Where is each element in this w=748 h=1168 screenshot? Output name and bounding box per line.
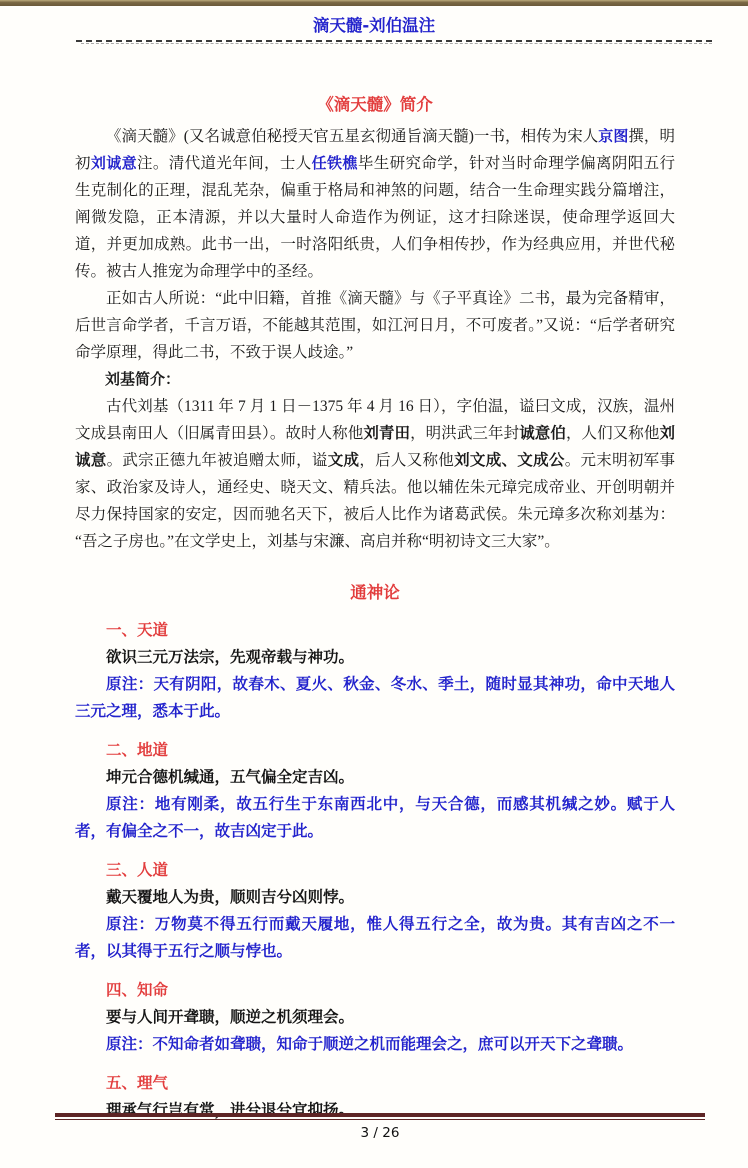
text-segment: 任铁樵 [312,154,358,172]
section-block-tiandao: 一、天道 欲识三元万法宗，先观帝载与神功。 原注：天有阴阳，故春木、夏火、秋金、… [75,617,675,725]
page-top-border [0,0,748,6]
text-segment: 刘青田 [363,425,410,442]
tongshenlun-heading: 通神论 [75,581,675,605]
section-note: 原注：万物莫不得五行而戴天履地，惟人得五行之全，故为贵。其有吉凶之不一者，以其得… [75,911,675,965]
section-block-zhiming: 四、知命 要与人间开聋聩，顺逆之机须理会。 原注：不知命者如聋聩，知命于顺逆之机… [75,977,675,1058]
text-segment: 刘诚意 [91,154,137,172]
section-verse: 坤元合德机缄通，五气偏全定吉凶。 [75,764,675,791]
section-note: 原注：天有阴阳，故春木、夏火、秋金、冬水、季土，随时显其神功，命中天地人三元之理… [75,671,675,725]
text-segment: 刘文成、文成公 [454,452,565,469]
text-segment: 《滴天髓》(又名诚意伯秘授天官五星玄彻通旨滴天髓)一书，相传为宋人 [106,128,598,145]
document-title: 滴天髓-刘伯温注 [0,15,748,37]
header-divider-dash-light [81,43,712,44]
intro-paragraph-2: 正如古人所说：“此中旧籍，首推《滴天髓》与《子平真诠》二书，最为完备精审，后世言… [75,285,675,366]
text-segment: 。武宗正德九年被追赠太师，谥 [107,452,328,469]
intro-heading: 《滴天髓》简介 [75,93,675,117]
section-title: 三、人道 [75,857,675,884]
section-verse: 要与人间开聋聩，顺逆之机须理会。 [75,1004,675,1031]
text-segment: 诚意伯 [519,425,566,442]
header-divider-dashed [76,40,712,44]
text-segment: 注。清代道光年间，士人 [137,155,312,172]
text-segment: ，后人又称他 [359,452,454,469]
section-verse: 欲识三元万法宗，先观帝载与神功。 [75,644,675,671]
section-block-rendao: 三、人道 戴天覆地人为贵，顺则吉兮凶则悖。 原注：万物莫不得五行而戴天履地，惟人… [75,857,675,965]
text-segment: 毕生研究命学，针对当时命理学偏离阴阳五行生克制化的正理，混乱芜杂，偏重于格局和神… [75,155,675,280]
section-title: 四、知命 [75,977,675,1004]
intro-paragraph-1: 《滴天髓》(又名诚意伯秘授天官五星玄彻通旨滴天髓)一书，相传为宋人京图撰，明初刘… [75,123,675,285]
liuji-intro-label: 刘基简介： [75,366,675,393]
text-segment: 京图 [598,127,628,145]
document-content: 《滴天髓》简介 《滴天髓》(又名诚意伯秘授天官五星玄彻通旨滴天髓)一书，相传为宋… [0,93,748,1124]
liuji-paragraph: 古代刘基（1311 年 7 月 1 日－1375 年 4 月 16 日），字伯温… [75,393,675,555]
section-block-didao: 二、地道 坤元合德机缄通，五气偏全定吉凶。 原注：地有刚柔，故五行生于东南西北中… [75,737,675,845]
document-page: 滴天髓-刘伯温注 《滴天髓》简介 《滴天髓》(又名诚意伯秘授天官五星玄彻通旨滴天… [0,0,748,1168]
section-title: 五、理气 [75,1070,675,1097]
section-title: 一、天道 [75,617,675,644]
footer-rule [55,1113,705,1120]
section-title: 二、地道 [75,737,675,764]
section-verse: 戴天覆地人为贵，顺则吉兮凶则悖。 [75,884,675,911]
page-number: 3 / 26 [55,1125,705,1141]
section-note: 原注：地有刚柔，故五行生于东南西北中，与天合德，而感其机缄之妙。赋于人者，有偏全… [75,791,675,845]
page-footer: 3 / 26 [55,1113,705,1141]
text-segment: ，人们又称他 [566,425,660,442]
section-note: 原注：不知命者如聋聩，知命于顺逆之机而能理会之，庶可以开天下之聋聩。 [75,1031,675,1058]
text-segment: 文成 [328,452,360,469]
text-segment: ，明洪武三年封 [410,425,519,442]
